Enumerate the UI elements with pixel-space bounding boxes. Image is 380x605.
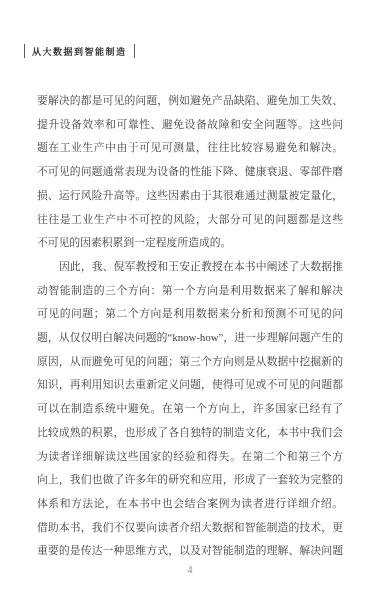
text-line: 不可见的问题通常表现为设备的性能下降、健康衰退、零部件磨 xyxy=(37,161,343,185)
text-line: 题在工业生产中由于可见可测量，往往比较容易避免和解决。 xyxy=(37,137,343,161)
text-line: 因此，我、倪军教授和王安正教授在本书中阐述了大数据推 xyxy=(37,256,343,280)
text-line: 重要的是传达一种思维方式，以及对智能制造的理解、解决问题 xyxy=(37,540,343,564)
text-line: 不可见的因素积累到一定程度所造成的。 xyxy=(37,232,343,256)
header-right-bar-icon xyxy=(134,44,135,58)
text-line: 为读者详细解读这些国家的经验和得失。在第二个和第三个方 xyxy=(37,446,343,470)
text-line: 提升设备效率和可靠性、避免设备故障和安全问题等。这些问 xyxy=(37,114,343,138)
paragraph: 要解决的都是可见的问题，例如避免产品缺陷、避免加工失效、提升设备效率和可靠性、避… xyxy=(37,90,343,256)
text-line: 要解决的都是可见的问题，例如避免产品缺陷、避免加工失效、 xyxy=(37,90,343,114)
text-line: 知识，再利用知识去重新定义问题，使得可见或不可见的问题都 xyxy=(37,374,343,398)
header-left-bar-icon xyxy=(24,44,25,58)
text-line: 原因，从而避免可见的问题；第三个方向则是从数据中挖掘新的 xyxy=(37,351,343,375)
text-line: 借助本书，我们不仅要向读者介绍大数据和智能制造的技术，更 xyxy=(37,517,343,541)
text-line: 损、运行风险升高等。这些因素由于其很难通过测量被定量化， xyxy=(37,185,343,209)
text-line: 动智能制造的三个方向：第一个方向是利用数据来了解和解决 xyxy=(37,280,343,304)
paragraph: 因此，我、倪军教授和王安正教授在本书中阐述了大数据推动智能制造的三个方向：第一个… xyxy=(37,256,343,564)
text-line: 往往是工业生产中不可控的风险，大部分可见的问题都是这些 xyxy=(37,209,343,233)
text-line: 可见的问题；第二个方向是利用数据来分析和预测不可见的问 xyxy=(37,303,343,327)
text-line: 体系和方法论，在本书中也会结合案例为读者进行详细介绍。 xyxy=(37,493,343,517)
book-page: 从大数据到智能制造 要解决的都是可见的问题，例如避免产品缺陷、避免加工失效、提升… xyxy=(0,0,380,605)
running-header-title: 从大数据到智能制造 xyxy=(32,45,127,58)
text-line: 比较成熟的积累，也形成了各自独特的制造文化，本书中我们会 xyxy=(37,422,343,446)
page-number: 4 xyxy=(0,565,380,576)
text-line: 向上，我们也做了许多年的研究和应用，形成了一套较为完整的 xyxy=(37,469,343,493)
text-line: 题，从仅仅明白解决问题的“know-how”，进一步理解问题产生的 xyxy=(37,327,343,351)
body-text: 要解决的都是可见的问题，例如避免产品缺陷、避免加工失效、提升设备效率和可靠性、避… xyxy=(37,90,343,564)
running-header: 从大数据到智能制造 xyxy=(24,44,135,58)
text-line: 可以在制造系统中避免。在第一个方向上，许多国家已经有了 xyxy=(37,398,343,422)
